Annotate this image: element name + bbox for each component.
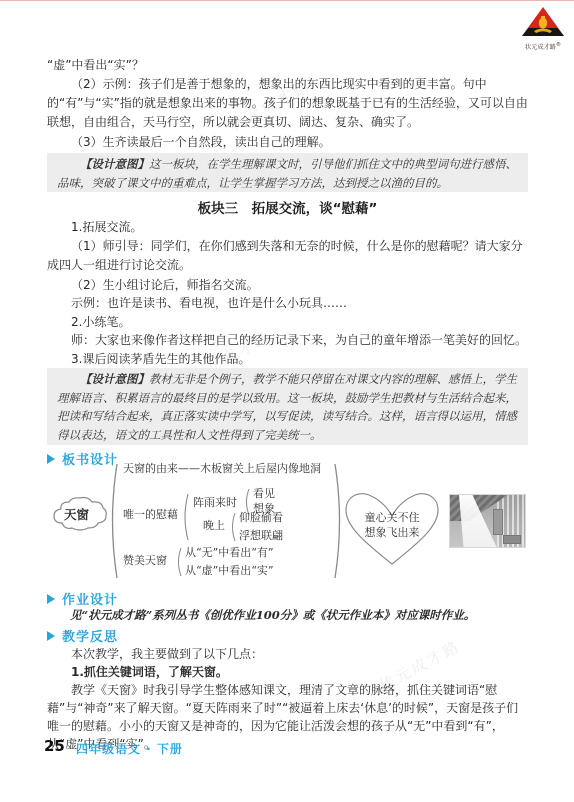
item-1: 1.拓展交流。 <box>47 218 528 237</box>
page-number: 25 <box>44 737 65 755</box>
design-intent-box-1: 【设计意图】这一板块，在学生理解课文时，引导他们抓住文中的典型词句进行感悟、品味… <box>47 153 528 192</box>
page-top-border <box>0 0 574 1</box>
board-row-origin: 天窗的由来——木板窗关上后屋内像地洞 <box>123 462 321 475</box>
item-2: 2.小练笔。 <box>47 313 528 332</box>
brand-name: 状元成才路® <box>521 42 565 51</box>
triangle-bullet-icon <box>47 631 55 641</box>
board-row2a-label: 阵雨来时 <box>193 496 237 509</box>
footer-label: 四年级语文 · 下册 <box>76 740 183 757</box>
skylight-illustration <box>449 494 526 548</box>
design-intent-label: 【设计意图】 <box>80 372 149 386</box>
open-brace-icon <box>107 462 119 580</box>
floor-object <box>503 535 521 544</box>
furniture-shape <box>493 509 503 535</box>
item-2-text: 师：大家也来像作者这样把自己的经历记录下来，为自己的童年增添一笔美好的回忆。 <box>47 331 528 350</box>
textbook-page: 状元成才路 状元成才路 状元成才路 状元成才路® “虚”中看出“实”？ （2）示… <box>0 0 574 802</box>
triangle-bullet-icon <box>47 594 55 604</box>
item-3: 3.课后阅读茅盾先生的其他作品。 <box>47 350 528 369</box>
reflection-intro: 本次教学，我主要做到了以下几点： <box>47 645 528 664</box>
board-row2b-item: 仰脸偷看 <box>239 511 283 524</box>
item-1-2: （2）生小组讨论后，师指名交流。 <box>47 276 528 295</box>
brand-triangle-icon <box>521 6 565 38</box>
board-row2a-item: 看见 <box>253 487 275 500</box>
item-1-1: （1）师引导：同学们，在你们感到失落和无奈的时候，什么是你的慰藉呢？请大家分成四… <box>47 237 528 275</box>
paragraph-example-2: （2）示例：孩子们是善于想象的，想象出的东西比现实中看到的更丰富。句中的“有”与… <box>47 75 528 132</box>
board-design-diagram: 天窗 天窗的由来——木板窗关上后屋内像地洞 唯一的慰藉 阵雨来时 看见 想象 晚… <box>47 458 528 586</box>
small-brace-icon <box>229 511 237 543</box>
item-1-example: 示例：也许是读书、看电视，也许是什么小玩具…… <box>47 294 528 313</box>
board-row2b-item: 浮想联翩 <box>239 529 283 542</box>
section-label: 教学反思 <box>62 626 118 645</box>
brand-logo: 状元成才路® <box>520 6 566 51</box>
block3-heading: 板块三 拓展交流，谈“慰藉” <box>47 197 528 217</box>
section-teaching-reflection: 教学反思 <box>47 626 118 645</box>
carryover-line: “虚”中看出“实”？ <box>47 56 528 75</box>
board-row3-item: 从“无”中看出“有” <box>185 546 274 559</box>
board-row2b-label: 晚上 <box>203 519 225 532</box>
board-topic: 天窗 <box>64 508 89 521</box>
design-intent-label: 【设计意图】 <box>80 157 149 171</box>
board-row2-label: 唯一的慰藉 <box>123 508 178 521</box>
registered-mark: ® <box>556 42 561 48</box>
heart-caption-line1: 童心关不住 <box>353 510 431 525</box>
small-brace-icon <box>175 546 183 578</box>
homework-text: 见“状元成才路”系列丛书《创优作业100分》或《状元作业本》对应课时作业。 <box>47 606 528 625</box>
paragraph-step-3: （3）生齐读最后一个自然段，读出自己的理解。 <box>47 133 528 152</box>
heart-caption-line2: 想象飞出来 <box>353 525 431 540</box>
small-brace-icon <box>181 492 190 542</box>
board-row3-item: 从“虚”中看出“实” <box>185 564 274 577</box>
board-row3-label: 赞美天窗 <box>123 554 167 567</box>
heart-caption: 童心关不住 想象飞出来 <box>353 510 431 540</box>
design-intent-box-2: 【设计意图】教材无非是个例子，教学不能只停留在对课文内容的理解、感悟上，学生理解… <box>47 368 528 445</box>
reflection-point1-title: 1.抓住关键词语，了解天窗。 <box>47 663 528 682</box>
